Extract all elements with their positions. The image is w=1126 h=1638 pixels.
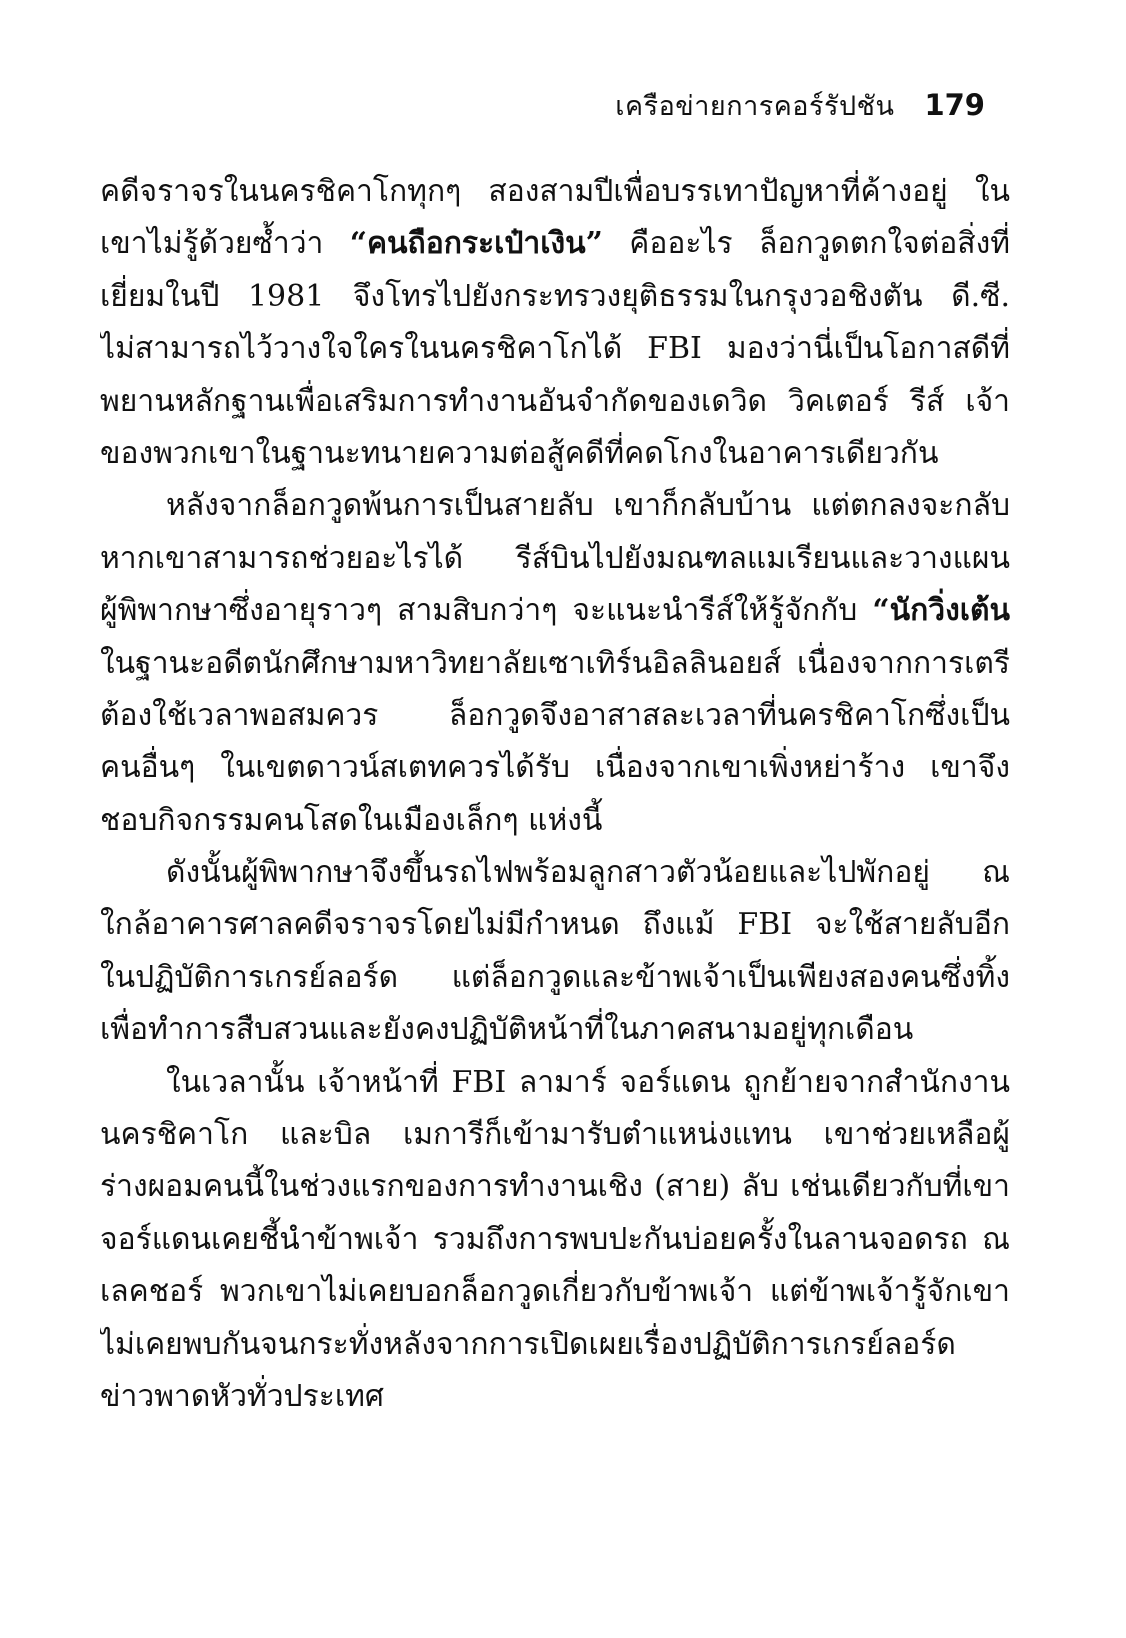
book-page: เครือข่ายการคอร์รัปชัน 179 คดีจราจรในนคร… (0, 0, 1126, 1638)
text-line: คนอื่นๆ ในเขตดาวน์สเตทควรได้รับ เนื่องจา… (100, 742, 1010, 794)
text-line: พยานหลักฐานเพื่อเสริมการทำงานอันจำกัดของ… (100, 376, 1010, 428)
text-line: เพื่อทำการสืบสวนและยังคงปฏิบัติหน้าที่ใน… (100, 1004, 1010, 1056)
text-line: ไม่สามารถไว้วางใจใครในนครชิคาโกได้ FBI ม… (100, 323, 1010, 375)
text-line: ในปฏิบัติการเกรย์ลอร์ด แต่ล็อกวูดและข้าพ… (100, 952, 1010, 1004)
text-line: ไม่เคยพบกันจนกระทั่งหลังจากการเปิดเผยเรื… (100, 1319, 1010, 1371)
page-number: 179 (924, 88, 985, 122)
text-line: นครชิคาโก และบิล เมการีก็เข้ามารับตำแหน่… (100, 1109, 1010, 1161)
page-header: เครือข่ายการคอร์รัปชัน 179 (615, 84, 985, 127)
text-line: หลังจากล็อกวูดพ้นการเป็นสายลับ เขาก็กลับ… (100, 480, 1010, 532)
text-line: หากเขาสามารถช่วยอะไรได้ รีส์บินไปยังมณฑล… (100, 533, 1010, 585)
text-line: ในเวลานั้น เจ้าหน้าที่ FBI ลามาร์ จอร์แด… (100, 1057, 1010, 1109)
paragraph-2: หลังจากล็อกวูดพ้นการเป็นสายลับ เขาก็กลับ… (100, 480, 1010, 847)
text-segment: ผู้พิพากษาซึ่งอายุราวๆ สามสิบกว่าๆ จะแนะ… (100, 593, 872, 628)
text-line: ชอบกิจกรรมคนโสดในเมืองเล็กๆ แห่งนี้ (100, 795, 1010, 847)
text-line: ผู้พิพากษาซึ่งอายุราวๆ สามสิบกว่าๆ จะแนะ… (100, 585, 1010, 637)
text-segment: เขาไม่รู้ด้วยซ้ำว่า (100, 226, 350, 261)
text-line: ดังนั้นผู้พิพากษาจึงขึ้นรถไฟพร้อมลูกสาวต… (100, 847, 1010, 899)
paragraph-3: ดังนั้นผู้พิพากษาจึงขึ้นรถไฟพร้อมลูกสาวต… (100, 847, 1010, 1057)
text-line: จอร์แดนเคยชี้นำข้าพเจ้า รวมถึงการพบปะกัน… (100, 1214, 1010, 1266)
text-line: ในฐานะอดีตนักศึกษามหาวิทยาลัยเซาเทิร์นอิ… (100, 638, 1010, 690)
body-text: คดีจราจรในนครชิคาโกทุกๆ สองสามปีเพื่อบรร… (100, 166, 1010, 1423)
text-line: ร่างผอมคนนี้ในช่วงแรกของการทำงานเชิง (สา… (100, 1161, 1010, 1213)
text-line: เขาไม่รู้ด้วยซ้ำว่า “คนถือกระเป๋าเงิน” ค… (100, 218, 1010, 270)
chapter-title: เครือข่ายการคอร์รัปชัน (615, 84, 894, 127)
bold-quoted-phrase: “คนถือกระเป๋าเงิน” (350, 226, 603, 261)
paragraph-1: คดีจราจรในนครชิคาโกทุกๆ สองสามปีเพื่อบรร… (100, 166, 1010, 480)
text-line: เยี่ยมในปี 1981 จึงโทรไปยังกระทรวงยุติธร… (100, 271, 1010, 323)
text-line: ข่าวพาดหัวทั่วประเทศ (100, 1371, 1010, 1423)
text-line: คดีจราจรในนครชิคาโกทุกๆ สองสามปีเพื่อบรร… (100, 166, 1010, 218)
text-line: ของพวกเขาในฐานะทนายความต่อสู้คดีที่คดโกง… (100, 428, 1010, 480)
text-line: ใกล้อาคารศาลคดีจราจรโดยไม่มีกำหนด ถึงแม้… (100, 899, 1010, 951)
paragraph-4: ในเวลานั้น เจ้าหน้าที่ FBI ลามาร์ จอร์แด… (100, 1057, 1010, 1424)
text-line: ต้องใช้เวลาพอสมควร ล็อกวูดจึงอาสาสละเวลา… (100, 690, 1010, 742)
text-line: เลคชอร์ พวกเขาไม่เคยบอกล็อกวูดเกี่ยวกับข… (100, 1266, 1010, 1318)
